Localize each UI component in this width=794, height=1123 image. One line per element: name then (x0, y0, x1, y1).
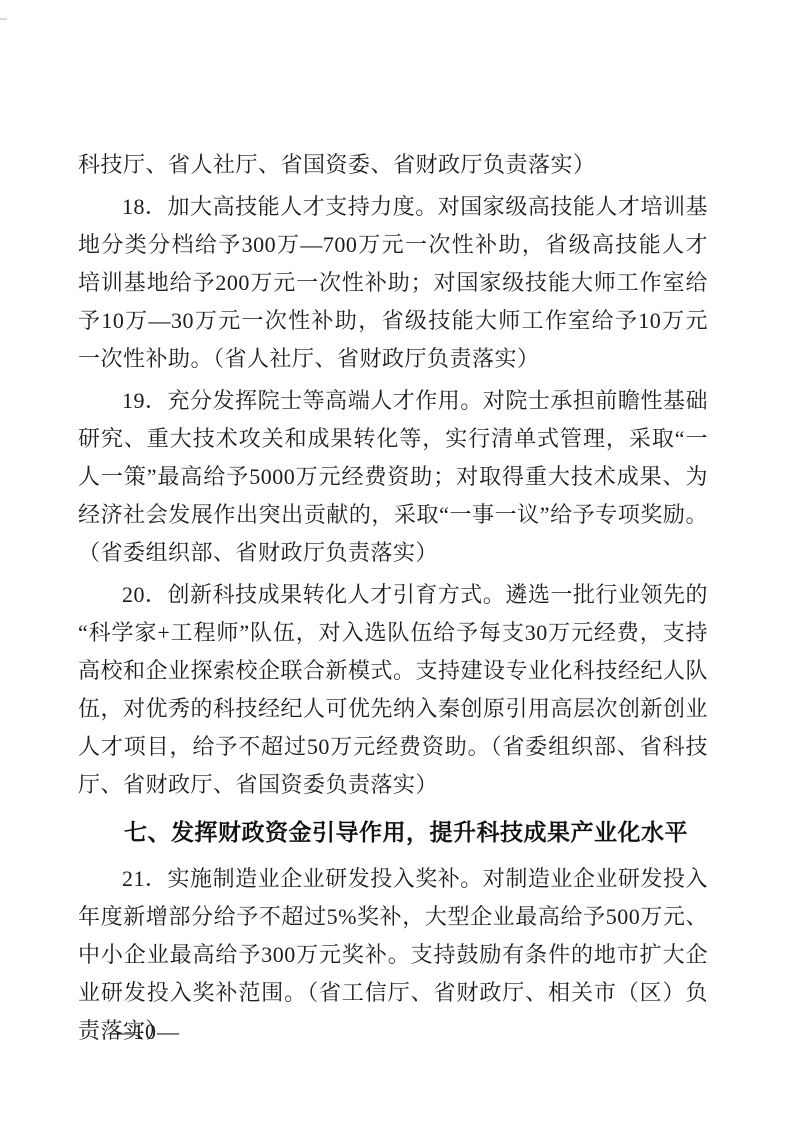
paragraph-item-18: 18．加大高技能人才支持力度。对国家级高技能人才培训基地分类分档给予300万—7… (78, 188, 708, 378)
document-body: 科技厅、省人社厅、省国资委、省财政厅负责落实） 18．加大高技能人才支持力度。对… (78, 146, 708, 1054)
page-number: —10— (110, 1019, 180, 1045)
scan-artifact (0, 18, 7, 20)
document-page: 科技厅、省人社厅、省国资委、省财政厅负责落实） 18．加大高技能人才支持力度。对… (0, 0, 794, 1123)
section-heading-7: 七、发挥财政资金引导作用，提升科技成果产业化水平 (78, 813, 708, 851)
paragraph-continuation: 科技厅、省人社厅、省国资委、省财政厅负责落实） (78, 146, 708, 184)
paragraph-item-19: 19．充分发挥院士等高端人才作用。对院士承担前瞻性基础研究、重大技术攻关和成果转… (78, 382, 708, 572)
paragraph-item-20: 20．创新科技成果转化人才引育方式。遴选一批行业领先的“科学家+工程师”队伍，对… (78, 576, 708, 804)
